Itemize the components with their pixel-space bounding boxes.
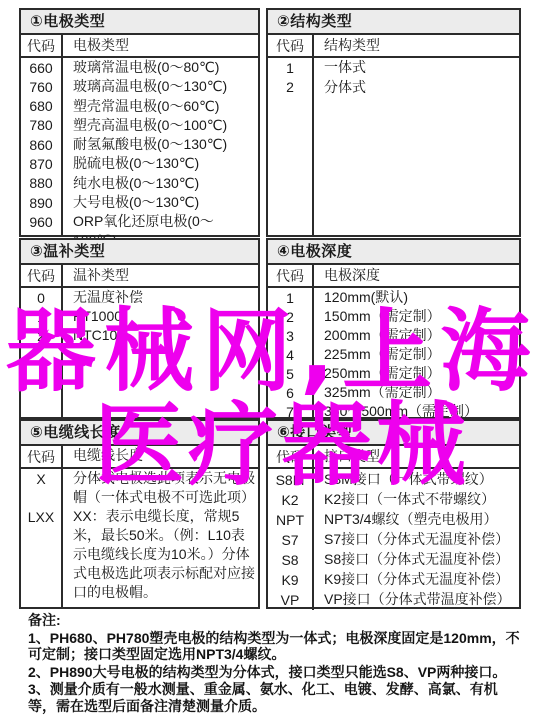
table-header: 代码 电极深度 — [268, 265, 519, 288]
table-row: 870脱硫电极(0～130℃) — [21, 154, 258, 173]
table-row: 2分体式 — [268, 78, 519, 98]
row-value: VP接口（分体式带温度补偿） — [314, 589, 519, 609]
row-code: 6 — [268, 383, 314, 402]
section-title: ④电极深度 — [268, 240, 519, 265]
section-title: ②结构类型 — [268, 10, 519, 35]
row-code: VP — [268, 589, 314, 609]
header-code: 代码 — [21, 35, 63, 56]
spec-sheet-page: { "tables": [ { "title": "①电极类型", "code_… — [0, 0, 552, 719]
row-code: 2 — [268, 78, 314, 98]
row-code: S7 — [268, 529, 314, 549]
row-value: XX：表示电缆长度，常规5米，最长50米。（例：L10表示电缆线长度为10米。）… — [63, 507, 258, 602]
row-value: S8M接口（一体式带螺纹） — [314, 469, 519, 489]
section-electrode-type: ①电极类型 代码 电极类型 660玻璃常温电极(0～80℃)760玻璃高温电极(… — [19, 8, 260, 237]
header-value: 温补类型 — [63, 265, 258, 286]
table-row: 890大号电极(0～130℃) — [21, 193, 258, 212]
note-item: 3、测量介质有一般水测量、重金属、氨水、化工、电镀、发酵、高氯、有机等，需在选型… — [28, 681, 524, 714]
table-row: NPTNPT3/4螺纹（塑壳电极用） — [268, 509, 519, 529]
row-value: 无温度补偿 — [63, 288, 258, 307]
row-value: 325mm（需定制） — [314, 383, 519, 402]
table-row: 960ORP氧化还原电极(0～100℃) — [21, 212, 258, 231]
row-value: 塑壳高温电极(0～100℃) — [63, 116, 258, 135]
filler-code-cell — [268, 609, 314, 610]
notes-list: 1、PH680、PH780塑壳电极的结构类型为一体式；电极深度固定是120mm，… — [28, 630, 524, 715]
row-value: 玻璃高温电极(0～130℃) — [63, 77, 258, 96]
table-filler-row — [268, 97, 519, 235]
table-row: 4225mm（需定制） — [268, 345, 519, 364]
table-row: K9K9接口（分体式无温度补偿） — [268, 569, 519, 589]
filler-value-cell — [314, 609, 519, 610]
row-value: 250mm（需定制） — [314, 364, 519, 383]
filler-code-cell — [268, 97, 314, 235]
row-value: 200mm（需定制） — [314, 326, 519, 345]
table-row: 680塑壳常温电极(0～60℃) — [21, 97, 258, 116]
table-filler-row — [268, 609, 519, 610]
row-value: 耐氢氟酸电极(0～130℃) — [63, 135, 258, 154]
row-code: 3 — [268, 326, 314, 345]
table-header: 代码 电缆线长度 — [21, 446, 258, 469]
row-code: 680 — [21, 97, 63, 116]
header-value: 电极深度 — [314, 265, 519, 286]
table-body: 660玻璃常温电极(0～80℃)760玻璃高温电极(0～130℃)680塑壳常温… — [21, 58, 258, 235]
table-row: S7S7接口（分体式无温度补偿） — [268, 529, 519, 549]
row-value: S7接口（分体式无温度补偿） — [314, 529, 519, 549]
section-interface-type: ⑥接口类型 代码 接口类型 S8MS8M接口（一体式带螺纹）K2K2接口（一体式… — [266, 419, 521, 609]
table-row: 660玻璃常温电极(0～80℃) — [21, 58, 258, 77]
row-code: 2 — [21, 326, 63, 345]
note-item: 1、PH680、PH780塑壳电极的结构类型为一体式；电极深度固定是120mm，… — [28, 630, 524, 663]
table-row: 1120mm(默认) — [268, 288, 519, 307]
table-row: 860耐氢氟酸电极(0～130℃) — [21, 135, 258, 154]
header-code: 代码 — [268, 265, 314, 286]
table-row: 880纯水电极(0～130℃) — [21, 174, 258, 193]
header-code: 代码 — [268, 446, 314, 467]
filler-value-cell — [63, 345, 258, 417]
row-code: 760 — [21, 77, 63, 96]
row-code: 1 — [21, 307, 63, 326]
table-body: 1120mm(默认)2150mm（需定制）3200mm（需定制）4225mm（需… — [268, 288, 519, 422]
table-row: S8MS8M接口（一体式带螺纹） — [268, 469, 519, 489]
header-value: 电极类型 — [63, 35, 258, 56]
filler-code-cell — [21, 345, 63, 417]
row-value: 大号电极(0～130℃) — [63, 193, 258, 212]
section-structure-type: ②结构类型 代码 结构类型 1一体式2分体式 — [266, 8, 521, 237]
table-row: X分体式电极选此项表示无电极帽（一体式电极不可选此项） — [21, 469, 258, 507]
row-code: 0 — [21, 288, 63, 307]
row-value: 150mm（需定制） — [314, 307, 519, 326]
row-value: PT1000 — [63, 307, 258, 326]
table-body: 0无温度补偿1PT10002NTC10K — [21, 288, 258, 417]
row-value: S8接口（分体式无温度补偿） — [314, 549, 519, 569]
row-code: 1 — [268, 58, 314, 78]
row-code: 1 — [268, 288, 314, 307]
table-row: 5250mm（需定制） — [268, 364, 519, 383]
notes-label: 备注: — [28, 612, 524, 629]
filler-code-cell — [21, 602, 63, 607]
table-row: 2150mm（需定制） — [268, 307, 519, 326]
row-code: 2 — [268, 307, 314, 326]
row-code: 890 — [21, 193, 63, 212]
header-code: 代码 — [21, 446, 63, 467]
filler-value-cell — [314, 97, 519, 235]
row-code: LXX — [21, 507, 63, 602]
row-value: 一体式 — [314, 58, 519, 78]
row-value: NPT3/4螺纹（塑壳电极用） — [314, 509, 519, 529]
section-cable-length: ⑤电缆线长度 代码 电缆线长度 X分体式电极选此项表示无电极帽（一体式电极不可选… — [19, 419, 260, 609]
table-filler-row — [21, 232, 258, 235]
row-value: 玻璃常温电极(0～80℃) — [63, 58, 258, 77]
table-header: 代码 结构类型 — [268, 35, 519, 58]
section-title: ⑥接口类型 — [268, 421, 519, 446]
table-row: VPVP接口（分体式带温度补偿） — [268, 589, 519, 609]
section-title: ③温补类型 — [21, 240, 258, 265]
section-electrode-depth: ④电极深度 代码 电极深度 1120mm(默认)2150mm（需定制）3200m… — [266, 238, 521, 419]
row-value: 分体式 — [314, 78, 519, 98]
table-row: LXXXX：表示电缆长度，常规5米，最长50米。（例：L10表示电缆线长度为10… — [21, 507, 258, 602]
row-value: 纯水电极(0～130℃) — [63, 174, 258, 193]
header-code: 代码 — [268, 35, 314, 56]
table-row: 2NTC10K — [21, 326, 258, 345]
table-header: 代码 接口类型 — [268, 446, 519, 469]
row-code: 860 — [21, 135, 63, 154]
table-row: 3200mm（需定制） — [268, 326, 519, 345]
row-value: 分体式电极选此项表示无电极帽（一体式电极不可选此项） — [63, 469, 258, 507]
table-row: 0无温度补偿 — [21, 288, 258, 307]
row-code: 960 — [21, 212, 63, 231]
table-row: 1一体式 — [268, 58, 519, 78]
row-code: S8 — [268, 549, 314, 569]
row-value: K9接口（分体式无温度补偿） — [314, 569, 519, 589]
row-code: X — [21, 469, 63, 507]
row-code: S8M — [268, 469, 314, 489]
table-row: 1PT1000 — [21, 307, 258, 326]
row-code: K2 — [268, 489, 314, 509]
row-code: 660 — [21, 58, 63, 77]
table-row: 760玻璃高温电极(0～130℃) — [21, 77, 258, 96]
table-row: K2K2接口（一体式不带螺纹） — [268, 489, 519, 509]
row-code: 780 — [21, 116, 63, 135]
note-item: 2、PH890大号电极的结构类型为分体式，接口类型只能选S8、VP两种接口。 — [28, 664, 524, 681]
table-header: 代码 电极类型 — [21, 35, 258, 58]
table-row: 780塑壳高温电极(0～100℃) — [21, 116, 258, 135]
section-temp-compensation-type: ③温补类型 代码 温补类型 0无温度补偿1PT10002NTC10K — [19, 238, 260, 419]
row-value: 120mm(默认) — [314, 288, 519, 307]
header-value: 接口类型 — [314, 446, 519, 467]
row-code: 880 — [21, 174, 63, 193]
section-title: ①电极类型 — [21, 10, 258, 35]
row-code: 870 — [21, 154, 63, 173]
header-value: 电缆线长度 — [63, 446, 258, 467]
table-body: X分体式电极选此项表示无电极帽（一体式电极不可选此项）LXXXX：表示电缆长度，… — [21, 469, 258, 607]
filler-value-cell — [63, 602, 258, 607]
table-header: 代码 温补类型 — [21, 265, 258, 288]
table-body: S8MS8M接口（一体式带螺纹）K2K2接口（一体式不带螺纹）NPTNPT3/4… — [268, 469, 519, 610]
table-filler-row — [21, 602, 258, 607]
table-filler-row — [21, 345, 258, 417]
table-row: 6325mm（需定制） — [268, 383, 519, 402]
row-value: ORP氧化还原电极(0～100℃) — [63, 212, 258, 231]
row-value: 225mm（需定制） — [314, 345, 519, 364]
table-body: 1一体式2分体式 — [268, 58, 519, 235]
row-code: 5 — [268, 364, 314, 383]
header-code: 代码 — [21, 265, 63, 286]
row-value: K2接口（一体式不带螺纹） — [314, 489, 519, 509]
row-code: K9 — [268, 569, 314, 589]
filler-code-cell — [21, 232, 63, 235]
row-value: 脱硫电极(0～130℃) — [63, 154, 258, 173]
notes: 备注: 1、PH680、PH780塑壳电极的结构类型为一体式；电极深度固定是12… — [28, 612, 524, 715]
row-code: 4 — [268, 345, 314, 364]
row-value: 塑壳常温电极(0～60℃) — [63, 97, 258, 116]
row-value: NTC10K — [63, 326, 258, 345]
row-code: NPT — [268, 509, 314, 529]
table-row: S8S8接口（分体式无温度补偿） — [268, 549, 519, 569]
filler-value-cell — [63, 232, 258, 235]
header-value: 结构类型 — [314, 35, 519, 56]
section-title: ⑤电缆线长度 — [21, 421, 258, 446]
